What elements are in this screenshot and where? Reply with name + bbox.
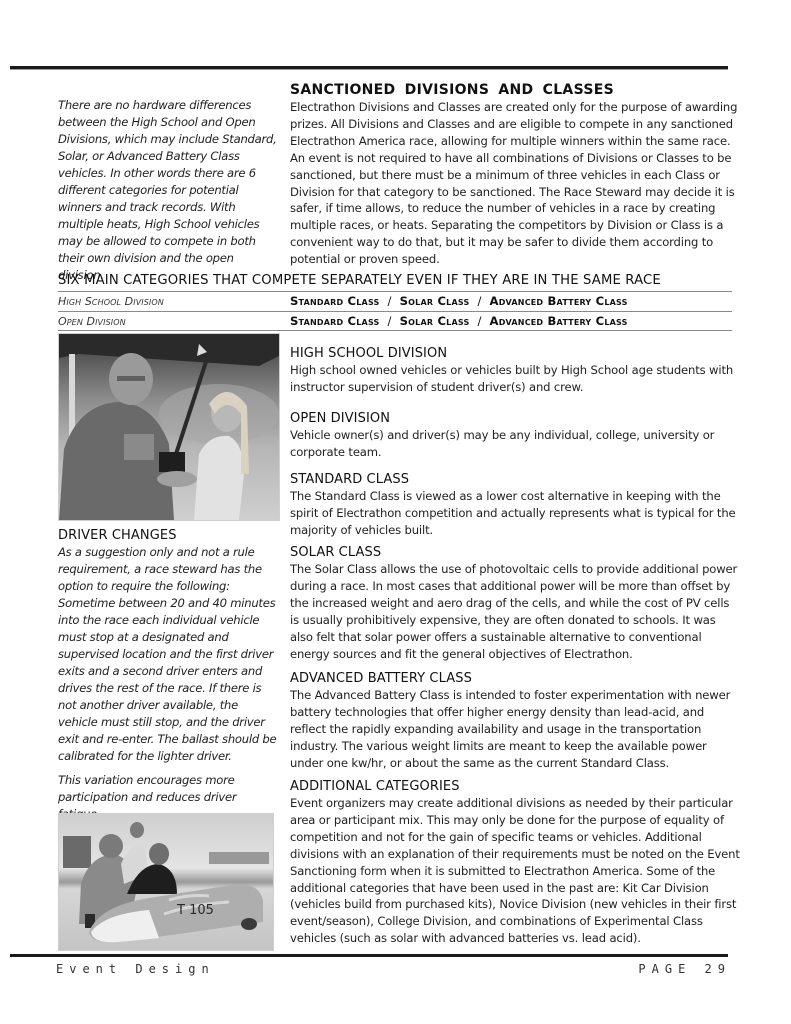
- section-solar-class: SOLAR CLASS The Solar Class allows the u…: [290, 544, 740, 662]
- section-title: STANDARD CLASS: [290, 471, 740, 488]
- separator: /: [388, 314, 392, 328]
- section-body: The Standard Class is viewed as a lower …: [290, 488, 740, 539]
- section-body: High school owned vehicles or vehicles b…: [290, 362, 740, 396]
- driver-changes-paragraph: As a suggestion only and not a rule requ…: [58, 544, 280, 765]
- footer-rule: [10, 954, 728, 957]
- category-classes: Standard Class/Solar Class/Advanced Batt…: [290, 314, 628, 328]
- footer-section-title: Event Design: [56, 962, 215, 976]
- section-title: ADVANCED BATTERY CLASS: [290, 670, 740, 687]
- separator: /: [477, 294, 481, 308]
- driver-changes-section: DRIVER CHANGES As a suggestion only and …: [58, 527, 280, 823]
- class-solar: Solar Class: [400, 294, 470, 308]
- intro-body: Electrathon Divisions and Classes are cr…: [290, 99, 740, 268]
- racer-photo: T 105: [58, 813, 274, 951]
- section-body: The Solar Class allows the use of photov…: [290, 561, 740, 662]
- intro-title: SANCTIONED DIVISIONS AND CLASSES: [290, 82, 740, 99]
- section-title: HIGH SCHOOL DIVISION: [290, 345, 740, 362]
- class-standard: Standard Class: [290, 314, 380, 328]
- category-classes: Standard Class/Solar Class/Advanced Batt…: [290, 294, 628, 308]
- intro-section: SANCTIONED DIVISIONS AND CLASSES Electra…: [290, 82, 740, 268]
- section-high-school-division: HIGH SCHOOL DIVISION High school owned v…: [290, 345, 740, 396]
- category-division: High School Division: [58, 295, 164, 308]
- class-advanced-battery: Advanced Battery Class: [490, 314, 628, 328]
- section-additional-categories: ADDITIONAL CATEGORIES Event organizers m…: [290, 778, 740, 947]
- separator: /: [477, 314, 481, 328]
- sidebar-note: There are no hardware differences betwee…: [58, 97, 280, 284]
- header-rule: [10, 66, 728, 70]
- car-number: T 105: [176, 903, 214, 918]
- trophy-photo-image: [59, 334, 279, 520]
- section-body: The Advanced Battery Class is intended t…: [290, 687, 740, 772]
- category-division: Open Division: [58, 315, 126, 328]
- section-title: ADDITIONAL CATEGORIES: [290, 778, 740, 795]
- category-row-high-school: High School Division Standard Class/Sola…: [58, 291, 732, 310]
- category-row-open: Open Division Standard Class/Solar Class…: [58, 311, 732, 331]
- section-body: Event organizers may create additional d…: [290, 795, 740, 947]
- separator: /: [388, 294, 392, 308]
- page-number: PAGE 29: [638, 962, 731, 976]
- section-title: SOLAR CLASS: [290, 544, 740, 561]
- section-body: Vehicle owner(s) and driver(s) may be an…: [290, 427, 740, 461]
- categories-title: SIX MAIN CATEGORIES THAT COMPETE SEPARAT…: [58, 273, 732, 288]
- class-advanced-battery: Advanced Battery Class: [490, 294, 628, 308]
- section-title: OPEN DIVISION: [290, 410, 740, 427]
- section-standard-class: STANDARD CLASS The Standard Class is vie…: [290, 471, 740, 539]
- trophy-photo: [58, 333, 280, 521]
- class-standard: Standard Class: [290, 294, 380, 308]
- class-solar: Solar Class: [400, 314, 470, 328]
- driver-changes-title: DRIVER CHANGES: [58, 527, 280, 544]
- racer-photo-image: T 105: [59, 814, 273, 950]
- section-open-division: OPEN DIVISION Vehicle owner(s) and drive…: [290, 410, 740, 461]
- section-advanced-battery-class: ADVANCED BATTERY CLASS The Advanced Batt…: [290, 670, 740, 772]
